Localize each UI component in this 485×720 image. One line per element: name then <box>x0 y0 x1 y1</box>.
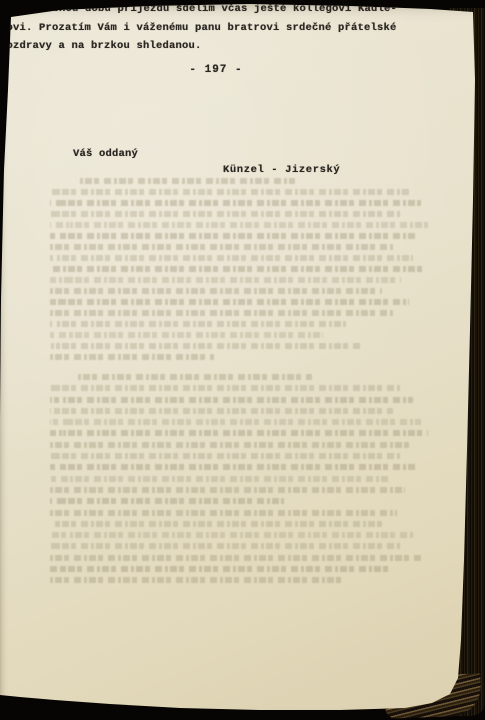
bleed-through-line <box>50 564 393 575</box>
bleed-through-line <box>50 474 389 485</box>
bleed-through-line <box>50 253 413 264</box>
bleed-through-line <box>50 209 401 220</box>
bleed-through-line <box>50 406 393 417</box>
bleed-through-line <box>50 341 362 352</box>
bleed-through-block <box>50 176 440 363</box>
bleed-through-line <box>50 395 413 406</box>
bleed-through-line <box>78 372 312 383</box>
bleed-through-line <box>50 575 343 586</box>
bleed-through-line <box>50 428 428 439</box>
bleed-through-line <box>50 352 214 363</box>
bleed-through-line <box>50 485 405 496</box>
letter-valediction: Váš oddaný <box>73 145 138 164</box>
bleed-through-line <box>50 440 409 451</box>
bleed-through-line <box>50 330 323 341</box>
book-page-photo: - 197 - Přesnou dobu příjezdu sdělím vča… <box>0 0 485 720</box>
bleed-through-line <box>50 231 417 242</box>
bleed-through-line <box>50 417 421 428</box>
bleed-through-line <box>50 496 284 507</box>
bleed-through-line <box>50 297 409 308</box>
letter-body-line: Přesnou dobu příjezdu sdělím včas ještě … <box>0 0 400 19</box>
bleed-through-line <box>50 462 417 473</box>
bleed-through-line <box>50 264 424 275</box>
bleed-through-line <box>50 275 401 286</box>
bleed-through-line <box>50 553 421 564</box>
bleed-through-line <box>50 198 421 209</box>
letter-body: Přesnou dobu příjezdu sdělím včas ještě … <box>0 0 400 56</box>
bleed-through-line <box>50 220 428 231</box>
bleed-through-line <box>50 508 397 519</box>
bleed-through-line <box>50 541 401 552</box>
bleed-through-block <box>50 372 440 587</box>
bleed-through-line <box>50 187 409 198</box>
bleed-through-line <box>50 308 393 319</box>
bleed-through-line <box>50 286 382 297</box>
page-number: - 197 - <box>150 61 282 80</box>
bleed-through-line <box>50 530 413 541</box>
bleed-through-line <box>50 319 346 330</box>
bleed-through-line <box>80 176 295 187</box>
bleed-through-line <box>50 242 393 253</box>
bleed-through-line <box>50 451 401 462</box>
bleed-through-line <box>50 519 382 530</box>
bleed-through-line <box>50 383 401 394</box>
book-page: - 197 - Přesnou dobu příjezdu sdělím vča… <box>0 0 485 720</box>
letter-body-line: covi. Prozatím Vám i váženému panu bratr… <box>0 19 400 38</box>
letter-body-line: pozdravy a na brzkou shledanou. <box>0 37 400 56</box>
